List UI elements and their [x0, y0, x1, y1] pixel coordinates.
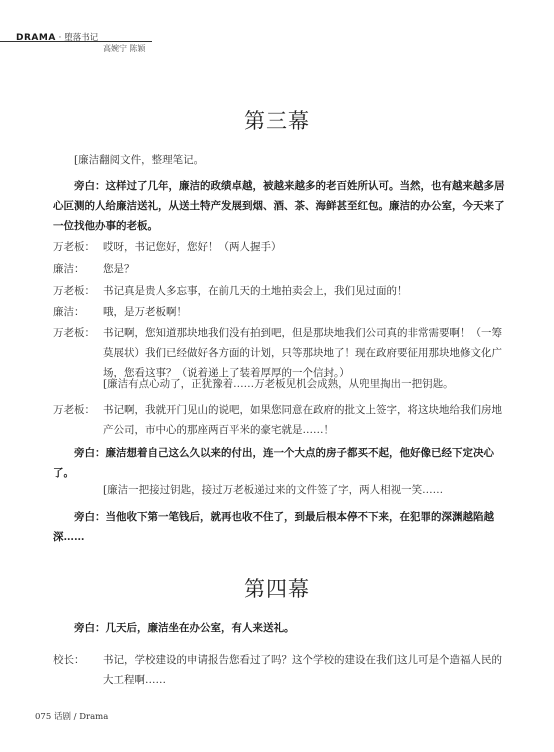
- page-footer: 075 话剧 / Drama: [35, 710, 108, 722]
- speaker-label: 万老板：: [53, 400, 95, 420]
- speech-line: 书记，学校建设的申请报告您看过了吗？这个学校的建设在我们这儿可是个造福人民的: [103, 650, 501, 670]
- speech: 哎呀，书记您好，您好！（两人握手）: [103, 237, 501, 257]
- page-number: 075: [35, 712, 51, 722]
- speech-line: 哦，是万老板啊！: [103, 302, 501, 322]
- speech-line: 您是？: [103, 259, 501, 279]
- speech-line: 大工程啊……: [103, 670, 501, 690]
- speaker-label: 廉洁：: [53, 259, 85, 279]
- stage-direction: [廉洁翻阅文件，整理笔记。: [74, 150, 204, 170]
- act-3-title: 第三幕: [0, 105, 554, 135]
- speech-line: 书记真是贵人多忘事，在前几天的土地拍卖会上，我们见过面的！: [103, 281, 501, 301]
- speech: 书记啊，我就开门见山的说吧，如果您同意在政府的批文上签字，将这块地给我们房地 产…: [103, 400, 501, 440]
- speech: 书记，学校建设的申请报告您看过了吗？这个学校的建设在我们这儿可是个造福人民的 大…: [103, 650, 501, 690]
- speech-line: 莫展状）我们已经做好各方面的计划，只等那块地了！现在政府要征用那块地修文化广: [103, 343, 501, 363]
- narration-line: 旁白：这样过了几年，廉洁的政绩卓越，被越来越多的老百姓所认可。当然，也有越来越多…: [74, 176, 505, 196]
- speech: 您是？: [103, 259, 501, 279]
- speaker-label: 万老板：: [53, 323, 95, 343]
- speech: 哦，是万老板啊！: [103, 302, 501, 322]
- narration-line: 心叵测的人给廉洁送礼，从送土特产发展到烟、酒、茶、海鲜甚至红包。廉洁的办公室，今…: [53, 196, 505, 216]
- stage-direction: [廉洁一把接过钥匙，接过万老板递过来的文件签了字，两人相视一笑……: [103, 480, 443, 500]
- footer-slash: /: [74, 712, 77, 722]
- stage-direction: [廉洁有点心动了，正犹豫着……万老板见机会成熟，从兜里掏出一把钥匙。: [103, 374, 454, 394]
- speaker-label: 万老板：: [53, 237, 95, 257]
- act-4-title: 第四幕: [0, 573, 554, 603]
- speech-line: 书记啊，您知道那块地我们没有拍到吧，但是那块地我们公司真的非常需要啊！（一筹: [103, 323, 501, 343]
- speech-line: 哎呀，书记您好，您好！（两人握手）: [103, 237, 501, 257]
- narration-line: 旁白：廉洁想着自己这么久以来的付出，连一个大点的房子都买不起，他好像已经下定决心: [74, 443, 494, 463]
- speaker-label: 校长：: [53, 650, 85, 670]
- speech: 书记真是贵人多忘事，在前几天的土地拍卖会上，我们见过面的！: [103, 281, 501, 301]
- speaker-label: 万老板：: [53, 281, 95, 301]
- speech-line: 书记啊，我就开门见山的说吧，如果您同意在政府的批文上签字，将这块地给我们房地: [103, 400, 501, 420]
- narration-line: 一位找他办事的老板。: [53, 216, 158, 236]
- narration-line: 旁白：几天后，廉洁坐在办公室，有人来送礼。: [74, 618, 295, 638]
- narration-line: 深……: [53, 527, 85, 547]
- header-rule: [0, 41, 152, 42]
- speech-line: 产公司，市中心的那座两百平米的豪宅就是……！: [103, 420, 501, 440]
- footer-section-en: Drama: [79, 712, 108, 722]
- narration-line: 了。: [53, 463, 74, 483]
- speaker-label: 廉洁：: [53, 302, 85, 322]
- footer-section-cn: 话剧: [54, 712, 71, 722]
- narration-line: 旁白：当他收下第一笔钱后，就再也收不住了，到最后根本停不下来，在犯罪的深渊越陷越: [74, 507, 494, 527]
- authors: 高婉宁 陈颖: [103, 43, 146, 54]
